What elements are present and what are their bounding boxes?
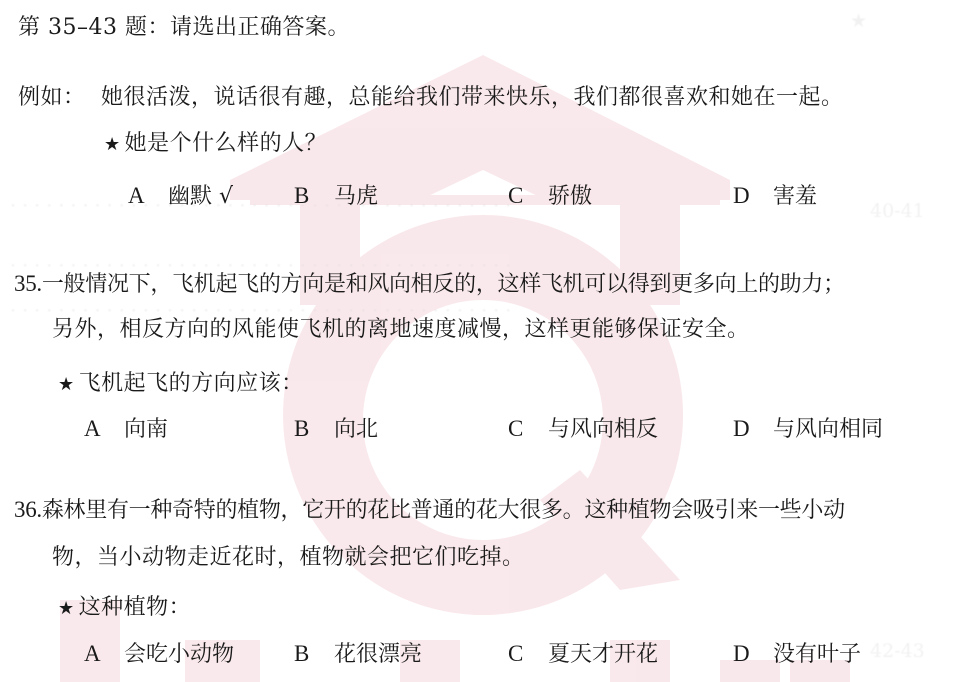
example-text: 她很活泼，说话很有趣，总能给我们带来快乐，我们都很喜欢和她在一起。 [101, 85, 844, 110]
option-letter: A [84, 640, 124, 668]
option-letter: D [733, 182, 773, 210]
option-letter: B [294, 415, 334, 443]
question-36-passage-line2: 物，当小动物走近花时，植物就会把它们吃掉。 [52, 544, 525, 572]
option-text: 向北 [334, 417, 378, 442]
question-36-passage-line1: 36.森林里有一种奇特的植物，它开的花比普通的花大很多。这种植物会吸引来一些小动 [14, 496, 845, 525]
instruction-heading: 第 35–43 题：请选出正确答案。 [18, 14, 350, 42]
option-text: 害羞 [773, 184, 817, 209]
example-label: 例如： [18, 85, 86, 110]
option-letter: C [508, 640, 548, 668]
option-letter: D [733, 415, 773, 443]
passage-text: 森林里有一种奇特的植物，它开的花比普通的花大很多。这种植物会吸引来一些小动 [42, 498, 845, 523]
example-question-text: 她是个什么样的人？ [125, 131, 328, 156]
example-option-b: B马虎 [294, 182, 378, 211]
star-icon: ★ [58, 374, 75, 395]
instruction-prefix: 第 35–43 题： [18, 15, 170, 40]
option-letter: C [508, 182, 548, 210]
passage-text: 另外，相反方向的风能使飞机的离地速度减慢，这样更能够保证安全。 [52, 317, 750, 342]
question-36-prompt: ★这种植物： [58, 594, 191, 623]
example-passage: 例如： 她很活泼，说话很有趣，总能给我们带来快乐，我们都很喜欢和她在一起。 [18, 84, 844, 112]
option-text: 马虎 [334, 184, 378, 209]
question-35-passage-line1: 35.一般情况下，飞机起飞的方向是和风向相反的，这样飞机可以得到更多向上的助力； [14, 270, 845, 299]
option-letter: B [294, 640, 334, 668]
option-text: 向南 [124, 417, 168, 442]
passage-text: 物，当小动物走近花时，植物就会把它们吃掉。 [52, 545, 525, 570]
question-35-option-c: C与风向相反 [508, 415, 658, 444]
star-icon: ★ [58, 598, 75, 619]
question-text: 飞机起飞的方向应该： [79, 371, 304, 396]
option-text: 与风向相反 [548, 417, 658, 442]
passage-text: 一般情况下，飞机起飞的方向是和风向相反的，这样飞机可以得到更多向上的助力； [42, 272, 845, 297]
question-number: 35. [14, 271, 42, 296]
question-text: 这种植物： [79, 595, 192, 620]
question-35-prompt: ★飞机起飞的方向应该： [58, 370, 304, 399]
question-35-option-b: B向北 [294, 415, 378, 444]
option-text: 与风向相同 [773, 417, 883, 442]
question-36-option-c: C夏天才开花 [508, 640, 658, 669]
option-letter: C [508, 415, 548, 443]
option-letter: B [294, 182, 334, 210]
star-icon: ★ [104, 134, 121, 155]
option-text: 骄傲 [548, 184, 592, 209]
example-option-d: D害羞 [733, 182, 817, 211]
example-option-a: A幽默 √ [128, 182, 233, 211]
example-option-c: C骄傲 [508, 182, 592, 211]
example-question: ★她是个什么样的人？ [104, 130, 327, 159]
question-35-option-d: D与风向相同 [733, 415, 883, 444]
question-36-option-a: A会吃小动物 [84, 640, 234, 669]
question-36-option-d: D没有叶子 [733, 640, 861, 669]
option-letter: A [84, 415, 124, 443]
question-number: 36. [14, 497, 42, 522]
question-35-passage-line2: 另外，相反方向的风能使飞机的离地速度减慢，这样更能够保证安全。 [52, 316, 750, 344]
question-36-option-b: B花很漂亮 [294, 640, 422, 669]
instruction-text: 请选出正确答案。 [170, 15, 350, 40]
option-letter: A [128, 182, 168, 210]
option-letter: D [733, 640, 773, 668]
option-text: 夏天才开花 [548, 642, 658, 667]
option-text: 会吃小动物 [124, 642, 234, 667]
option-text: 没有叶子 [773, 642, 861, 667]
question-35-option-a: A向南 [84, 415, 168, 444]
option-text: 花很漂亮 [334, 642, 422, 667]
option-text: 幽默 √ [168, 184, 233, 209]
